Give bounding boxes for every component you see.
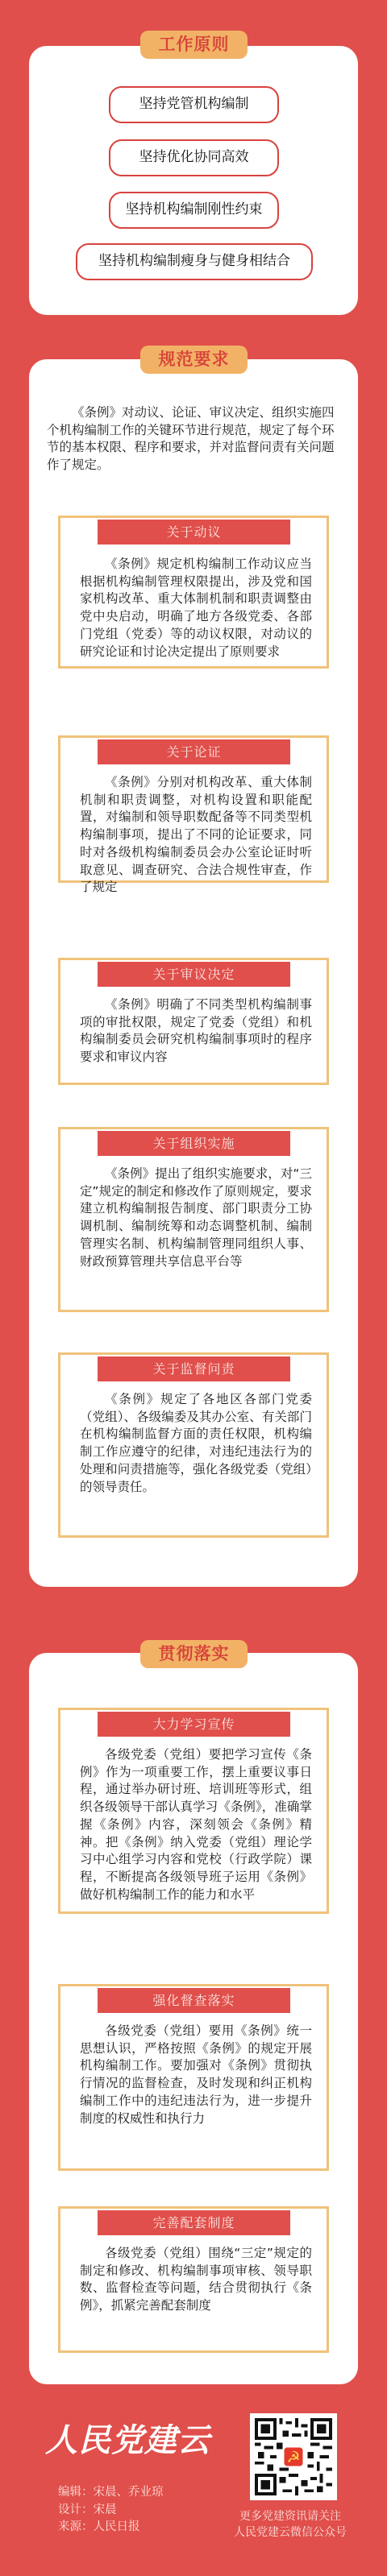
section-title-implementation: 贯彻落实 [140,1640,248,1668]
box-text: 《条例》规定了各地区各部门党委（党组）、各级编委及其办公室、有关部门在机构编制监… [80,1391,312,1496]
box-text: 各级党委（党组）要用《条例》统一思想认识，严格按照《条例》的规定开展机构编制工作… [80,2023,312,2127]
requirements-intro: 《条例》对动议、论证、审议决定、组织实施四个机构编制工作的关键环节进行规范，规定… [47,404,339,474]
box-text: 《条例》提出了组织实施要求，对“三定”规定的制定和修改作了原则规定，要求建立机构… [80,1166,312,1270]
box-text: 《条例》明确了不同类型机构编制事项的审批权限，规定了党委（党组）和机构编制委员会… [80,996,312,1066]
principle-item: 坚持机构编制刚性约束 [109,192,279,229]
box-title: 关于论证 [98,739,290,764]
box-title: 强化督查落实 [98,1988,290,2013]
principle-item: 坚持优化协同高效 [109,139,279,176]
box-title: 关于审议决定 [98,962,290,987]
qr-caption-line-2: 人民党建云微信公众号 [216,2524,364,2541]
box-text: 《条例》分别对机构改革、重大体制机制和职责调整，对机构设置和职能配置，对编制和领… [80,774,312,897]
requirement-box-demonstration: 关于论证 《条例》分别对机构改革、重大体制机制和职责调整，对机构设置和职能配置，… [58,735,329,883]
box-text: 各级党委（党组）要把学习宣传《条例》作为一项重要工作，摆上重要议事日程，通过举办… [80,1746,312,1903]
box-title: 完善配套制度 [98,2210,290,2235]
credits: 编辑：宋晨、乔业琼 设计：宋晨 来源：人民日报 [58,2484,164,2537]
section-title-requirements: 规范要求 [140,346,248,374]
principles-card: 坚持党管机构编制 坚持优化协同高效 坚持机构编制刚性约束 坚持机构编制瘦身与健身… [29,46,358,315]
brand-logo: 人民党建云 [45,2415,210,2461]
qr-caption: 更多党建资讯请关注 人民党建云微信公众号 [216,2508,364,2541]
requirement-box-decision: 关于审议决定 《条例》明确了不同类型机构编制事项的审批权限，规定了党委（党组）和… [58,958,329,1085]
svg-text:☭: ☭ [286,2448,300,2466]
implementation-box-study: 大力学习宣传 各级党委（党组）要把学习宣传《条例》作为一项重要工作，摆上重要议事… [58,1708,329,1914]
box-title: 关于组织实施 [98,1131,290,1156]
box-text: 各级党委（党组）围绕“三定”规定的制定和修改、机构编制事项审核、领导职数、监督检… [80,2245,312,2315]
requirement-box-proposal: 关于动议 《条例》规定机构编制工作动议应当根据机构编制管理权限提出，涉及党和国家… [58,516,329,669]
box-title: 大力学习宣传 [98,1712,290,1737]
implementation-box-supporting: 完善配套制度 各级党委（党组）围绕“三定”规定的制定和修改、机构编制事项审核、领… [58,2206,329,2353]
section-title-principles: 工作原则 [140,31,248,59]
requirement-box-accountability: 关于监督问责 《条例》规定了各地区各部门党委（党组）、各级编委及其办公室、有关部… [58,1352,329,1538]
box-text: 《条例》规定机构编制工作动议应当根据机构编制管理权限提出，涉及党和国家机构改革、… [80,556,312,661]
implementation-box-supervision: 强化督查落实 各级党委（党组）要用《条例》统一思想认识，严格按照《条例》的规定开… [58,1984,329,2171]
principle-item: 坚持机构编制瘦身与健身相结合 [76,243,313,280]
qr-caption-line-1: 更多党建资讯请关注 [216,2508,364,2524]
principle-item: 坚持党管机构编制 [109,86,279,123]
credit-source: 来源：人民日报 [58,2519,164,2537]
box-title: 关于监督问责 [98,1356,290,1381]
qr-code-icon[interactable]: ☭ [250,2413,337,2500]
requirement-box-implementation: 关于组织实施 《条例》提出了组织实施要求，对“三定”规定的制定和修改作了原则规定… [58,1127,329,1312]
box-title: 关于动议 [98,520,290,545]
credit-editor: 编辑：宋晨、乔业琼 [58,2484,164,2502]
credit-design: 设计：宋晨 [58,2502,164,2520]
